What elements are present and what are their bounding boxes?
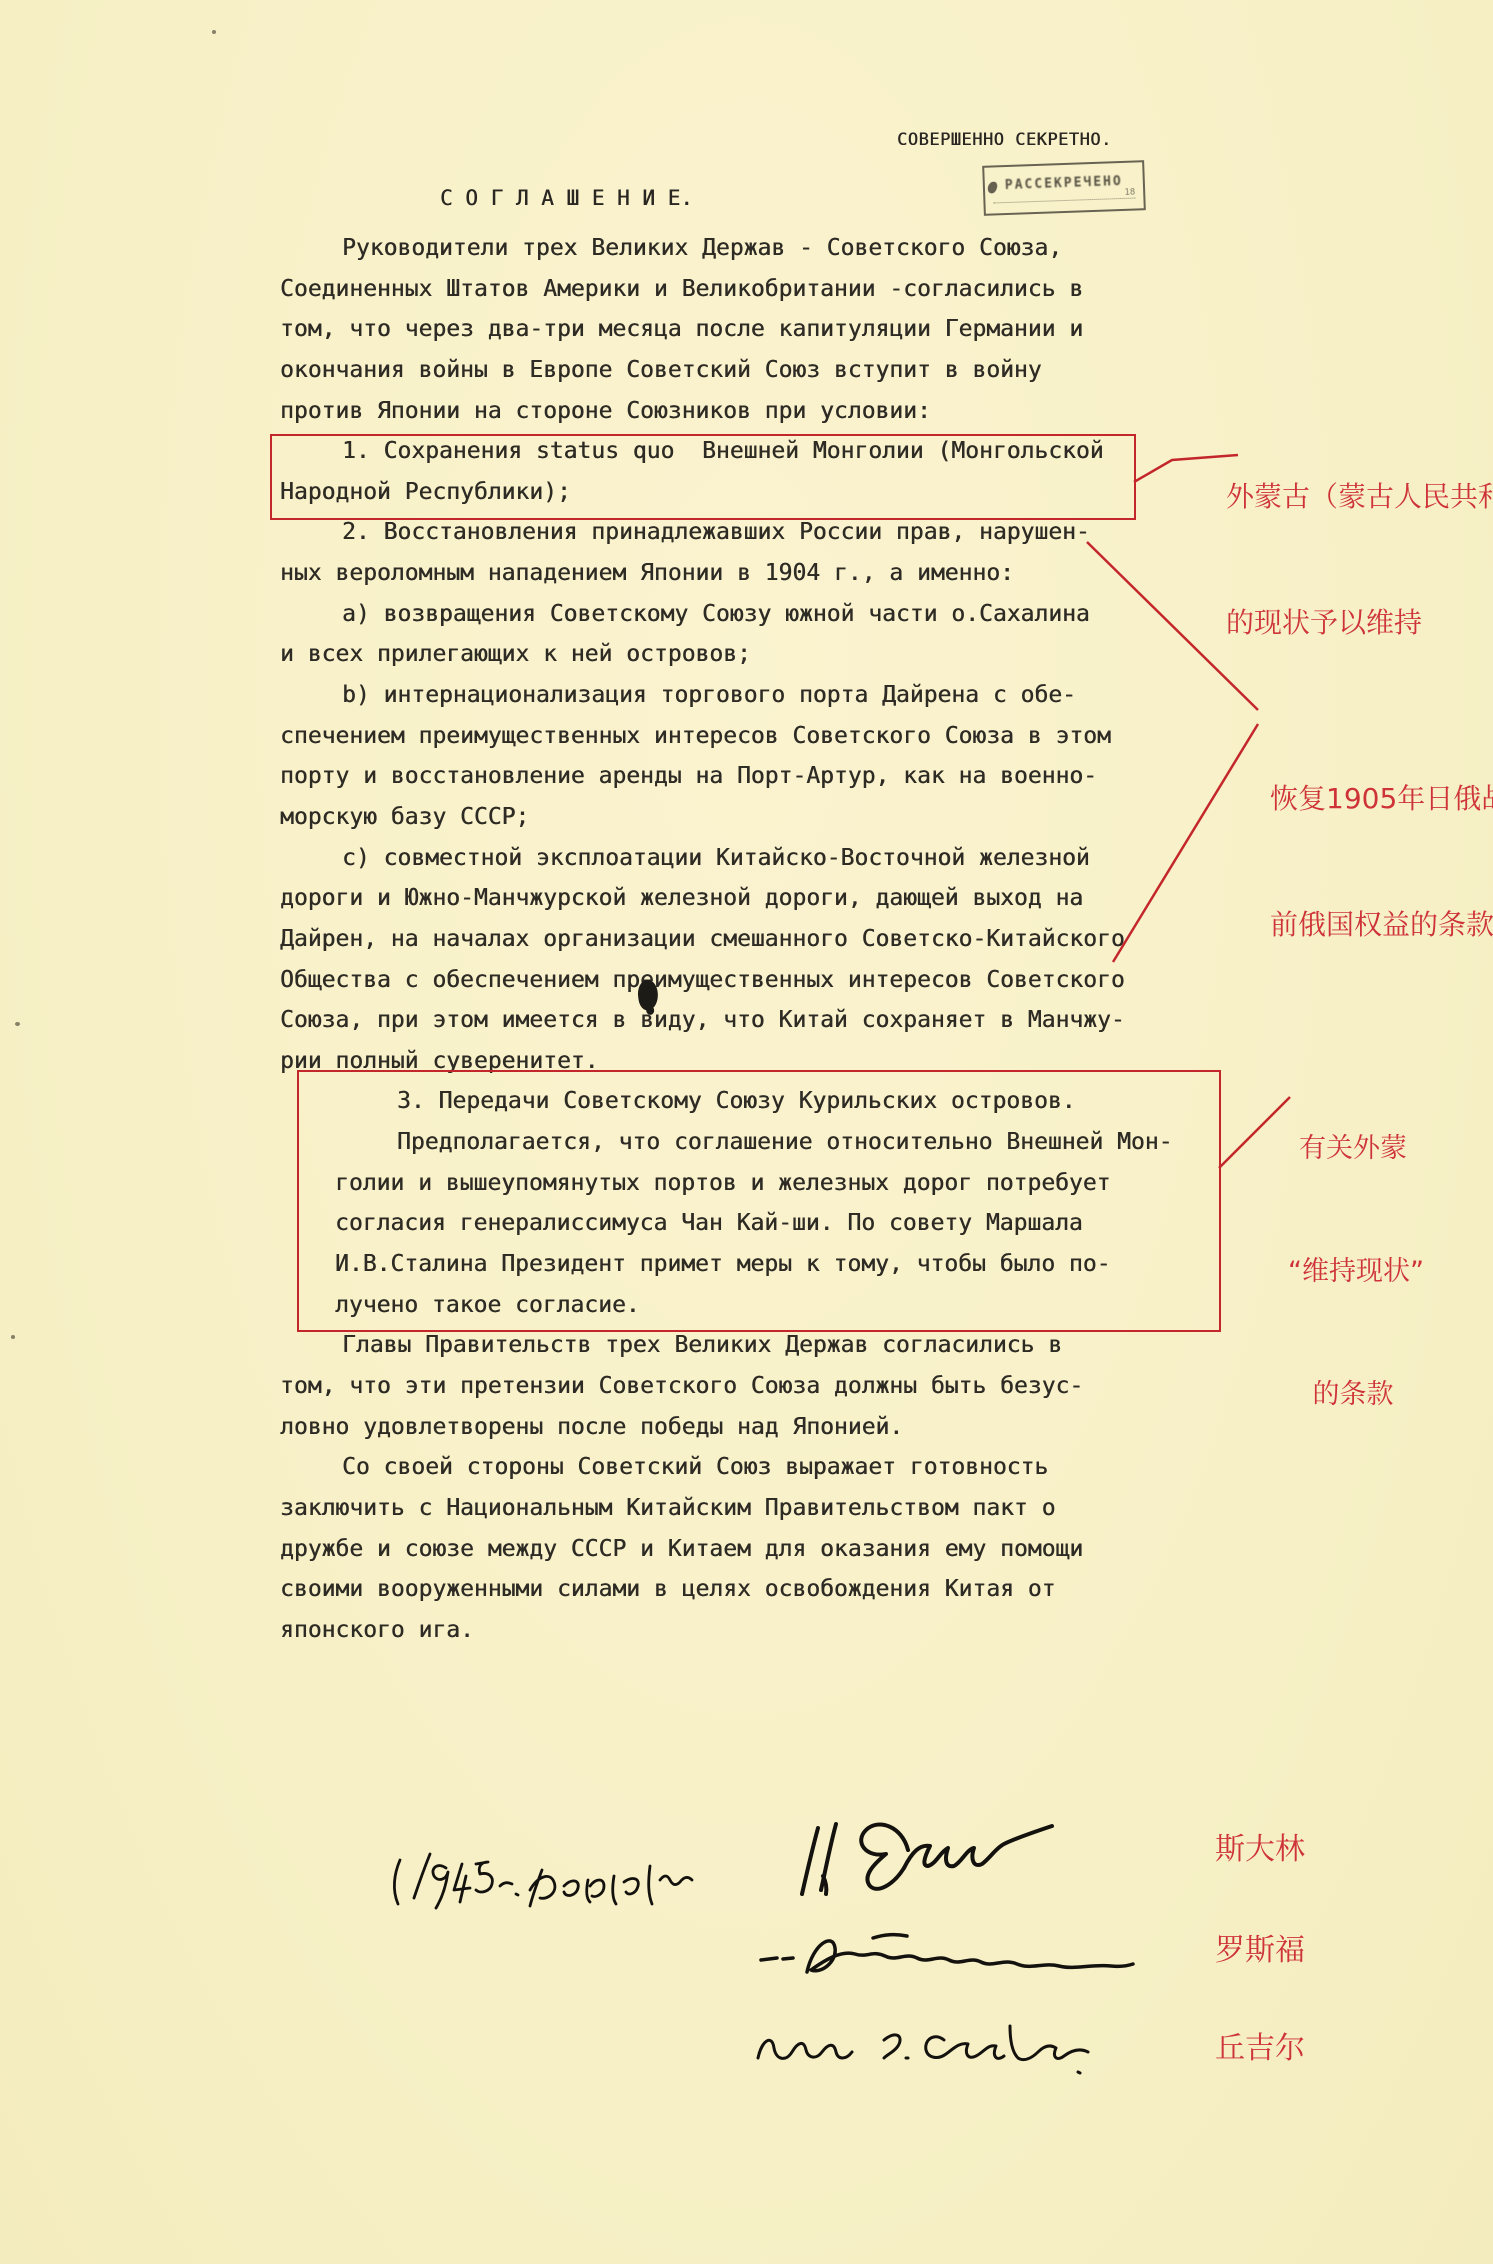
stalin-signature: И. Сталин	[790, 1810, 1080, 1910]
doc-line-clause-2: 2. Восстановления принадлежавших России …	[280, 512, 1172, 553]
doc-line-clause-1: Народной Республики);	[280, 472, 1172, 513]
doc-line: против Японии на стороне Союзников при у…	[280, 391, 1172, 432]
annotation-line: 的条款	[1288, 1374, 1418, 1415]
label-stalin: 斯大林	[1215, 1824, 1305, 1868]
doc-line: Соединенных Штатов Америки и Великобрита…	[280, 269, 1172, 310]
annotation-outer-mongolia: 外蒙古（蒙古人民共和国） 的现状予以维持	[1226, 392, 1493, 728]
annotation-line: 恢复1905年日俄战争	[1270, 778, 1493, 820]
annotation-line: “维持现状”	[1288, 1251, 1418, 1292]
label-roosevelt: 罗斯福	[1215, 1925, 1305, 1969]
doc-line-clause-2c: с) совместной эксплоатации Китайско-Вост…	[280, 838, 1172, 879]
doc-line: голии и вышеупомянутых портов и железных…	[335, 1163, 1172, 1204]
annotation-line: 外蒙古（蒙古人民共和国）	[1226, 476, 1493, 518]
churchill-signature: Winston S. Churchill	[748, 2006, 1108, 2086]
doc-line-clause-2b: b) интернационализация торгового порта Д…	[280, 675, 1172, 716]
doc-line: спечением преимущественных интересов Сов…	[280, 716, 1172, 757]
doc-line: И.В.Сталина Президент примет меры к тому…	[335, 1244, 1172, 1285]
doc-line-clause-2a: а) возвращения Советскому Союзу южной ча…	[280, 594, 1172, 635]
handwritten-date-signature: 1945г. Февраль	[390, 1846, 700, 1916]
doc-line: ловно удовлетворены после победы над Япо…	[280, 1407, 1172, 1448]
doc-line: рии полный суверенитет.	[280, 1041, 1172, 1082]
doc-line: том, что через два-три месяца после капи…	[280, 309, 1172, 350]
label-churchill: 丘吉尔	[1215, 2023, 1305, 2067]
doc-line: заключить с Национальным Китайским Прави…	[280, 1488, 1172, 1529]
doc-line: морскую базу СССР;	[280, 797, 1172, 838]
doc-line-clause-1: 1. Сохранения status quo Внешней Монголи…	[280, 431, 1172, 472]
doc-line: своими вооруженными силами в целях освоб…	[280, 1569, 1172, 1610]
classification-stamp: СОВЕРШЕННО СЕКРЕТНО.	[897, 130, 1112, 150]
doc-line: дороги и Южно-Манчжурской железной дорог…	[280, 878, 1172, 919]
doc-line: согласия генералиссимуса Чан Кай-ши. По …	[335, 1203, 1172, 1244]
document-body: Руководители трех Великих Держав - Совет…	[280, 228, 1172, 1650]
annotation-line: 的现状予以维持	[1226, 602, 1493, 644]
roosevelt-signature: Franklin Roosevelt	[755, 1920, 1140, 1995]
annotation-line: 有关外蒙	[1288, 1128, 1418, 1169]
doc-line: Главы Правительств трех Великих Держав с…	[280, 1325, 1172, 1366]
doc-line: Со своей стороны Советский Союз выражает…	[280, 1447, 1172, 1488]
page-title: С О Г Л А Ш Е Н И Е.	[440, 186, 693, 210]
doc-line: Руководители трех Великих Держав - Совет…	[280, 228, 1172, 269]
doc-line: Союза, при этом имеется в виду, что Кита…	[280, 1000, 1172, 1041]
paper-speck	[11, 1335, 15, 1339]
paper-speck	[15, 1022, 20, 1026]
annotation-status-quo-clause: 有关外蒙 “维持现状” 的条款	[1288, 1046, 1418, 1497]
doc-line: и всех прилегающих к ней островов;	[280, 634, 1172, 675]
doc-line: японского ига.	[280, 1610, 1172, 1651]
doc-line: окончания войны в Европе Советский Союз …	[280, 350, 1172, 391]
doc-line: ных вероломным нападением Японии в 1904 …	[280, 553, 1172, 594]
doc-line: лучено такое согласие.	[335, 1285, 1172, 1326]
doc-line: Общества с обеспечением преимущественных…	[280, 960, 1172, 1001]
document-page: СОВЕРШЕННО СЕКРЕТНО. РАССЕКРЕЧЕНО 18 С О…	[0, 0, 1493, 2264]
paper-speck	[212, 30, 216, 34]
doc-line: Дайрен, на началах организации смешанног…	[280, 919, 1172, 960]
doc-line: дружбе и союзе между СССР и Китаем для о…	[280, 1529, 1172, 1570]
doc-line: порту и восстановление аренды на Порт-Ар…	[280, 756, 1172, 797]
doc-line: том, что эти претензии Советского Союза …	[280, 1366, 1172, 1407]
doc-line: Предполагается, что соглашение относител…	[335, 1122, 1172, 1163]
annotation-russo-japanese-war: 恢复1905年日俄战争 前俄国权益的条款	[1270, 694, 1493, 1030]
declassified-stamp: РАССЕКРЕЧЕНО 18	[982, 160, 1146, 216]
doc-line-clause-3: 3. Передачи Советскому Союзу Курильских …	[335, 1081, 1172, 1122]
annotation-line: 前俄国权益的条款	[1270, 904, 1493, 946]
